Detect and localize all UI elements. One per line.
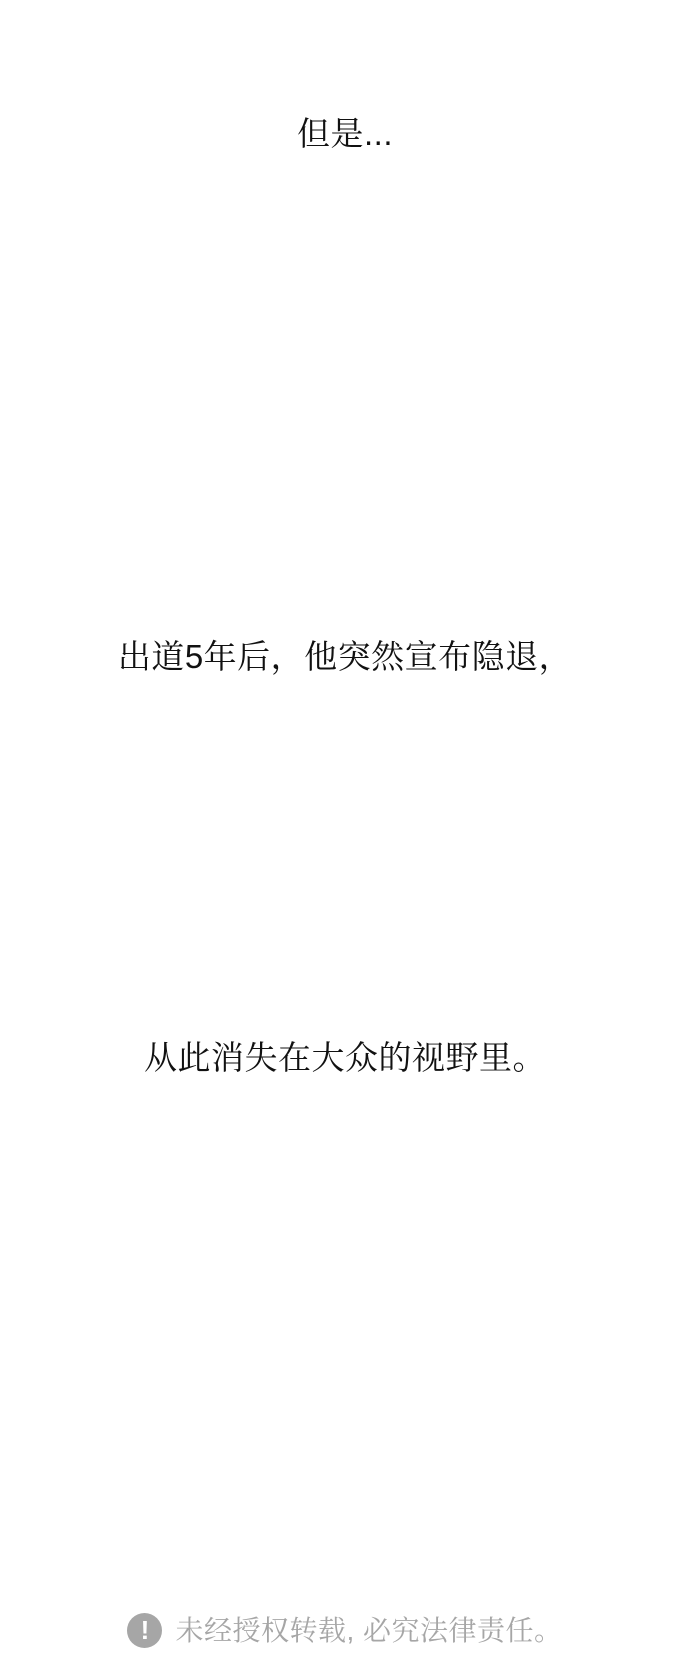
comic-page: 但是... 出道5年后，他突然宣布隐退， 从此消失在大众的视野里。 ! 未经授权… xyxy=(0,0,690,1664)
exclamation-mark: ! xyxy=(141,1617,150,1643)
narration-line-2: 出道5年后，他突然宣布隐退， xyxy=(0,640,690,673)
narration-line-3: 从此消失在大众的视野里。 xyxy=(0,1041,690,1074)
copyright-text: 未经授权转载, 必究法律责任。 xyxy=(175,1617,562,1645)
narration-line-1: 但是... xyxy=(0,117,690,150)
exclamation-circle-icon: ! xyxy=(127,1613,162,1648)
copyright-notice: ! 未经授权转载, 必究法律责任。 xyxy=(0,1613,690,1648)
